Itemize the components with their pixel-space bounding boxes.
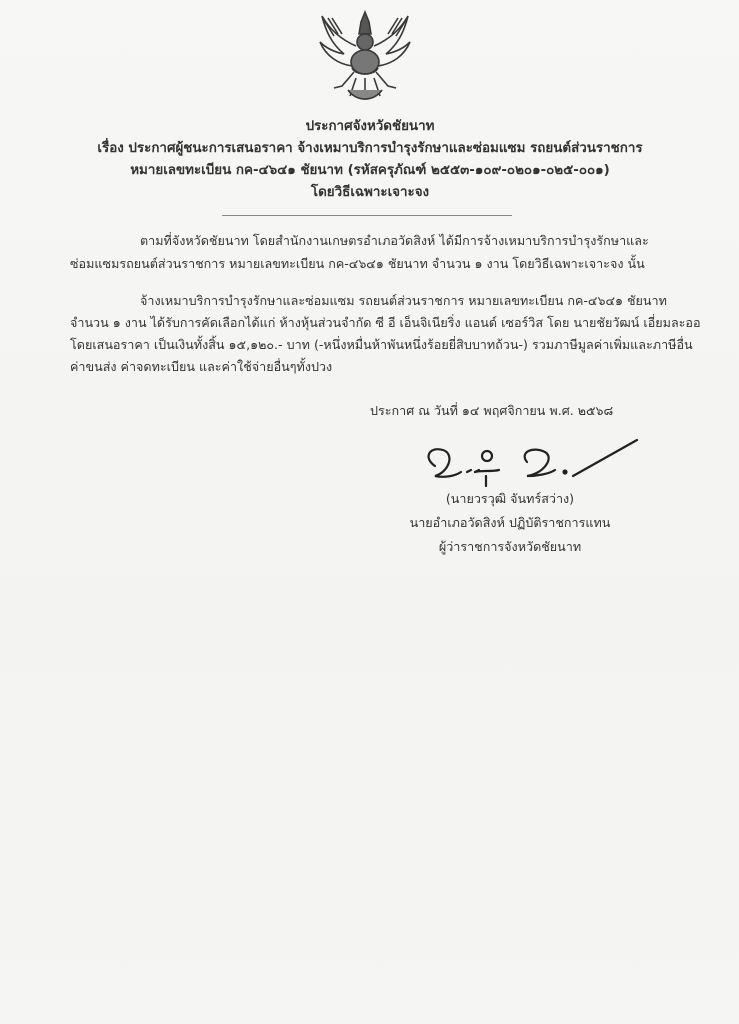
signer-position: นายอำเภอวัดสิงห์ ปฏิบัติราชการแทน: [370, 512, 650, 534]
paragraph2-line2: จำนวน ๑ งาน ได้รับการคัดเลือกได้แก่ ห้าง…: [70, 312, 701, 334]
announcement-registration: หมายเลขทะเบียน กค-๔๖๔๑ ชัยนาท (รหัสครุภั…: [90, 160, 650, 182]
announcement-subject: เรื่อง ประกาศผู้ชนะการเสนอราคา จ้างเหมาบ…: [90, 138, 650, 160]
announcement-date: ประกาศ ณ วันที่ ๑๔ พฤศจิกายน พ.ศ. ๒๕๖๘: [370, 400, 613, 422]
announcement-title: ประกาศจังหวัดชัยนาท: [90, 116, 650, 138]
garuda-emblem-icon: [312, 6, 418, 106]
paragraph2-line1: จ้างเหมาบริการบำรุงรักษาและซ่อมแซม รถยนต…: [140, 290, 667, 312]
paragraph2-line3: โดยเสนอราคา เป็นเงินทั้งสิ้น ๑๕,๑๒๐.- บา…: [70, 334, 693, 356]
paragraph2-line4: ค่าขนส่ง ค่าจดทะเบียน และค่าใช้จ่ายอื่นๆ…: [70, 356, 332, 378]
announcement-method: โดยวิธีเฉพาะเจาะจง: [90, 182, 650, 204]
signer-name: (นายวรวุฒิ จันทร์สว่าง): [370, 488, 650, 510]
paragraph1-line1: ตามที่จังหวัดชัยนาท โดยสำนักงานเกษตรอำเภ…: [140, 230, 649, 252]
signature-mark: [415, 436, 645, 492]
divider: [222, 215, 512, 216]
document-page: ประกาศจังหวัดชัยนาท เรื่อง ประกาศผู้ชนะก…: [0, 0, 739, 1024]
paragraph1-line2: ซ่อมแซมรถยนต์ส่วนราชการ หมายเลขทะเบียน ก…: [70, 253, 645, 275]
signer-authority: ผู้ว่าราชการจังหวัดชัยนาท: [370, 536, 650, 558]
